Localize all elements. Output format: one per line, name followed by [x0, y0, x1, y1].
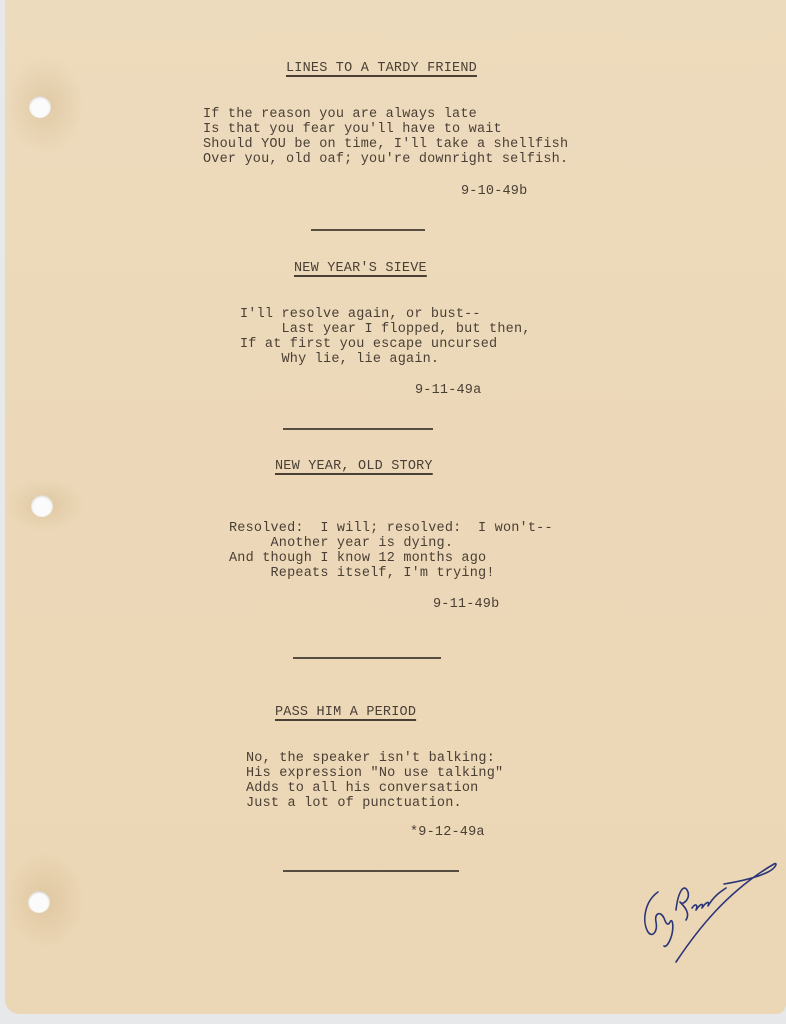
poem-line: If the reason you are always late	[203, 107, 477, 123]
poem-line: I'll resolve again, or bust--	[240, 307, 481, 323]
punch-hole-bottom	[28, 891, 50, 913]
poem-line: And though I know 12 months ago	[229, 551, 486, 567]
section-divider	[283, 428, 433, 430]
poem-line: Just a lot of punctuation.	[246, 796, 462, 812]
poem-date: 9-11-49a	[415, 383, 481, 399]
poem-line: Repeats itself, I'm trying!	[229, 566, 495, 582]
section-divider	[283, 870, 459, 872]
poem-title: NEW YEAR, OLD STORY	[275, 459, 433, 475]
poem-line: If at first you escape uncursed	[240, 337, 497, 353]
punch-hole-top	[29, 96, 51, 118]
poem-line: Why lie, lie again.	[240, 352, 439, 368]
poem-line: Resolved: I will; resolved: I won't--	[229, 521, 553, 537]
poem-title: NEW YEAR'S SIEVE	[294, 261, 427, 277]
poem-line: His expression "No use talking"	[246, 766, 503, 782]
poem-line: Is that you fear you'll have to wait	[203, 122, 502, 138]
poem-title: LINES TO A TARDY FRIEND	[286, 61, 477, 77]
poem-line: Last year I flopped, but then,	[240, 322, 531, 338]
punch-hole-middle	[31, 495, 53, 517]
signature-icon	[636, 852, 781, 972]
poem-date: 9-11-49b	[433, 597, 499, 613]
poem-date: 9-10-49b	[461, 184, 527, 200]
section-divider	[293, 657, 441, 659]
poem-line: Should YOU be on time, I'll take a shell…	[203, 137, 568, 153]
poem-line: Over you, old oaf; you're downright self…	[203, 152, 568, 168]
poem-line: Adds to all his conversation	[246, 781, 478, 797]
poem-line: Another year is dying.	[229, 536, 453, 552]
section-divider	[311, 229, 425, 231]
poem-line: No, the speaker isn't balking:	[246, 751, 495, 767]
poem-title: PASS HIM A PERIOD	[275, 705, 416, 721]
poem-date: *9-12-49a	[410, 825, 485, 841]
